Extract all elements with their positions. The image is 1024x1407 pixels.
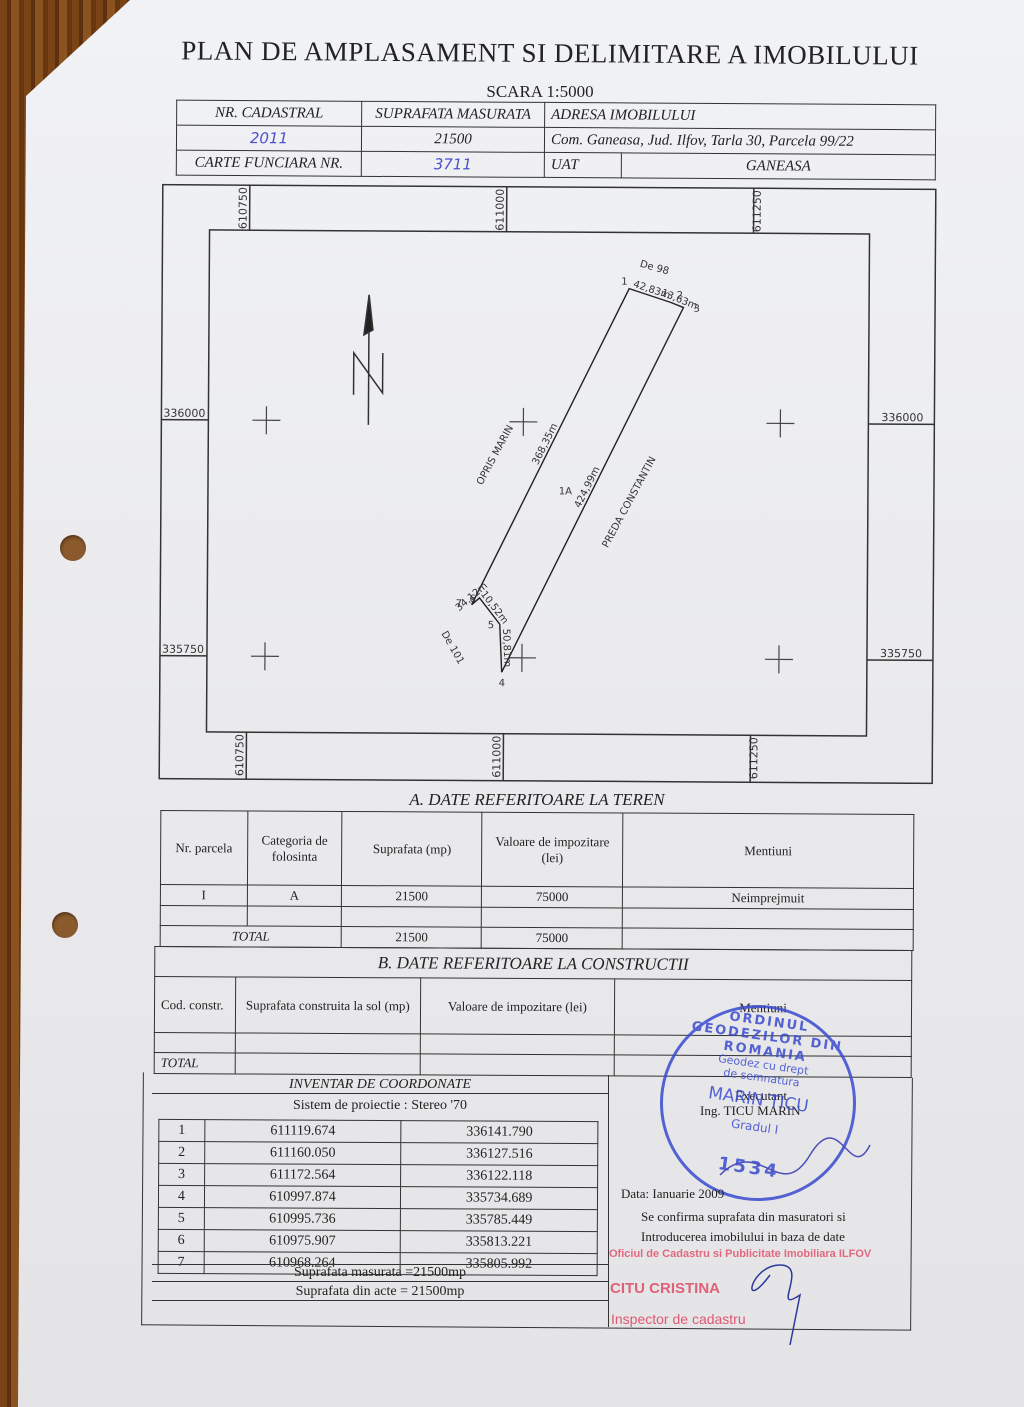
x-coordinate: 610995.736 [204,1208,401,1231]
office-stamp: Oficiul de Cadastru si Publicitate Imobi… [609,1248,871,1260]
x-tick-label: 611250 [751,190,764,232]
coordinate-row: 6610975.907335813.221 [158,1229,597,1253]
total-valoare: 75000 [482,927,623,949]
neighbor-north: De 98 [639,259,671,277]
y-coordinate: 335813.221 [401,1231,598,1254]
document-title: PLAN DE AMPLASAMENT SI DELIMITARE A IMOB… [150,35,950,72]
x-tick-label: 610750 [233,734,246,776]
suprafata-label: SUPRAFATA MASURATA [362,101,545,127]
land-table-header: Nr. parcela [160,811,247,885]
coordinate-row: 4610997.874335734.689 [158,1185,597,1209]
segment-length-label: 50,81m [500,629,513,668]
coordinates-table: 1611119.674336141.7902611160.050336127.5… [158,1119,599,1276]
x-coordinate: 610975.907 [204,1230,401,1253]
column-divider [608,1075,609,1327]
total-suprafata: 21500 [341,926,481,948]
y-coordinate: 336122.118 [401,1165,598,1188]
cadastral-map: 6107506107506110006110006112506112503360… [158,184,937,785]
table-cell: I [160,885,247,906]
point-id: 5 [158,1207,204,1229]
vertex-label: 4 [499,678,505,689]
y-tick-label: 335750 [880,647,922,660]
land-table-header: Categoria de folosinta [247,811,342,885]
confirmation-line-1: Se confirma suprafata din masuratori si [641,1209,846,1225]
table-cell [482,907,623,928]
carte-funciara-label: CARTE FUNCIARA NR. [176,150,361,176]
inspector-role: Inspector de cadastru [611,1311,746,1327]
point-id: 1 [159,1119,205,1141]
north-arrow-icon [353,295,383,425]
y-coordinate: 335734.689 [401,1187,598,1210]
adresa-value: Com. Ganeasa, Jud. Ilfov, Tarla 30, Parc… [544,127,935,154]
neighbor-south: De 101 [438,629,465,666]
inventory-title: INVENTAR DE COORDONATE [152,1077,608,1094]
projection-system: Sistem de proiectie : Stereo '70 [152,1098,608,1114]
uat-label: UAT [544,152,621,177]
segment-length-label: 424,99m [573,465,603,510]
x-coordinate: 611160.050 [204,1142,401,1165]
land-table-header: Mentiuni [622,813,913,889]
point-id: 6 [158,1229,204,1251]
x-tick-label: 611250 [747,737,760,779]
construction-table-header: Suprafata construita la sol (mp) [235,977,420,1034]
coordinate-row: 5610995.736335785.449 [158,1207,597,1231]
header-table: NR. CADASTRAL SUPRAFATA MASURATA ADRESA … [176,100,936,181]
x-tick-label: 611000 [494,189,507,231]
carte-funciara-value: 3711 [361,151,544,177]
y-coordinate: 336141.790 [401,1121,598,1144]
map-scale: SCARA 1:5000 [420,82,660,102]
y-tick-label: 335750 [162,643,204,656]
table-cell [342,906,482,927]
neighbor-west: OPRIS MARIN [475,424,516,487]
vertex-label: 1 [621,277,627,288]
coordinate-row: 1611119.674336141.790 [159,1119,598,1143]
point-id: 2 [159,1141,205,1163]
section-b-title: B. DATE REFERITOARE LA CONSTRUCTII [155,947,912,981]
table-cell [160,906,247,926]
construction-total-label: TOTAL [154,1053,235,1074]
point-id: 4 [158,1185,204,1207]
construction-table-header: Valoare de impozitare (lei) [420,978,615,1035]
confirmation-line-2: Introducerea imobilului in baza de date [641,1229,845,1245]
x-coordinate: 611119.674 [205,1120,402,1143]
land-table-header: Suprafata (mp) [342,811,483,886]
y-tick-label: 336000 [881,411,923,424]
table-cell: 75000 [482,886,623,908]
x-coordinate: 611172.564 [204,1164,401,1187]
table-cell: 21500 [342,885,482,907]
nr-cadastral-value: 2011 [176,125,361,151]
measured-area: Suprafata masurata =21500mp [152,1264,608,1282]
x-tick-label: 610750 [237,187,250,229]
land-table-header: Valoare de impozitare (lei) [482,812,623,887]
vertex-label: 5 [488,620,494,631]
punch-hole [60,535,86,561]
table-cell [247,906,342,926]
document-date: Data: Ianuarie 2009 [621,1186,724,1202]
table-cell: A [247,885,342,906]
neighbor-east: PREDA CONSTANTIN [601,455,659,550]
land-data-table: Nr. parcelaCategoria de folosintaSuprafa… [160,810,915,951]
uat-value: GANEASA [621,153,935,180]
coordinate-row: 3611172.564336122.118 [159,1163,598,1187]
deed-area: Suprafata din acte = 21500mp [152,1284,608,1301]
parcel-id-label: 1A [559,486,572,497]
suprafata-value: 21500 [361,126,544,152]
construction-table-header: Cod. constr. [154,977,235,1033]
table-cell [622,908,913,930]
point-id: 3 [159,1163,205,1185]
coordinate-row: 2611160.050336127.516 [159,1141,598,1165]
segment-length-label: 368,35m [531,422,561,467]
punch-hole [52,912,78,938]
section-a-title: A. DATE REFERITOARE LA TEREN [160,790,914,810]
total-label: TOTAL [160,926,341,948]
adresa-label: ADRESA IMOBILULUI [545,102,936,129]
y-coordinate: 336127.516 [401,1143,598,1166]
x-tick-label: 611000 [490,736,503,778]
nr-cadastral-label: NR. CADASTRAL [177,100,362,126]
y-tick-label: 336000 [163,407,205,420]
x-coordinate: 610997.874 [204,1186,401,1209]
inspector-name: CITU CRISTINA [610,1280,720,1297]
y-coordinate: 335785.449 [401,1209,598,1232]
total-mentiuni [622,928,913,951]
table-cell: Neimprejmuit [622,887,913,910]
